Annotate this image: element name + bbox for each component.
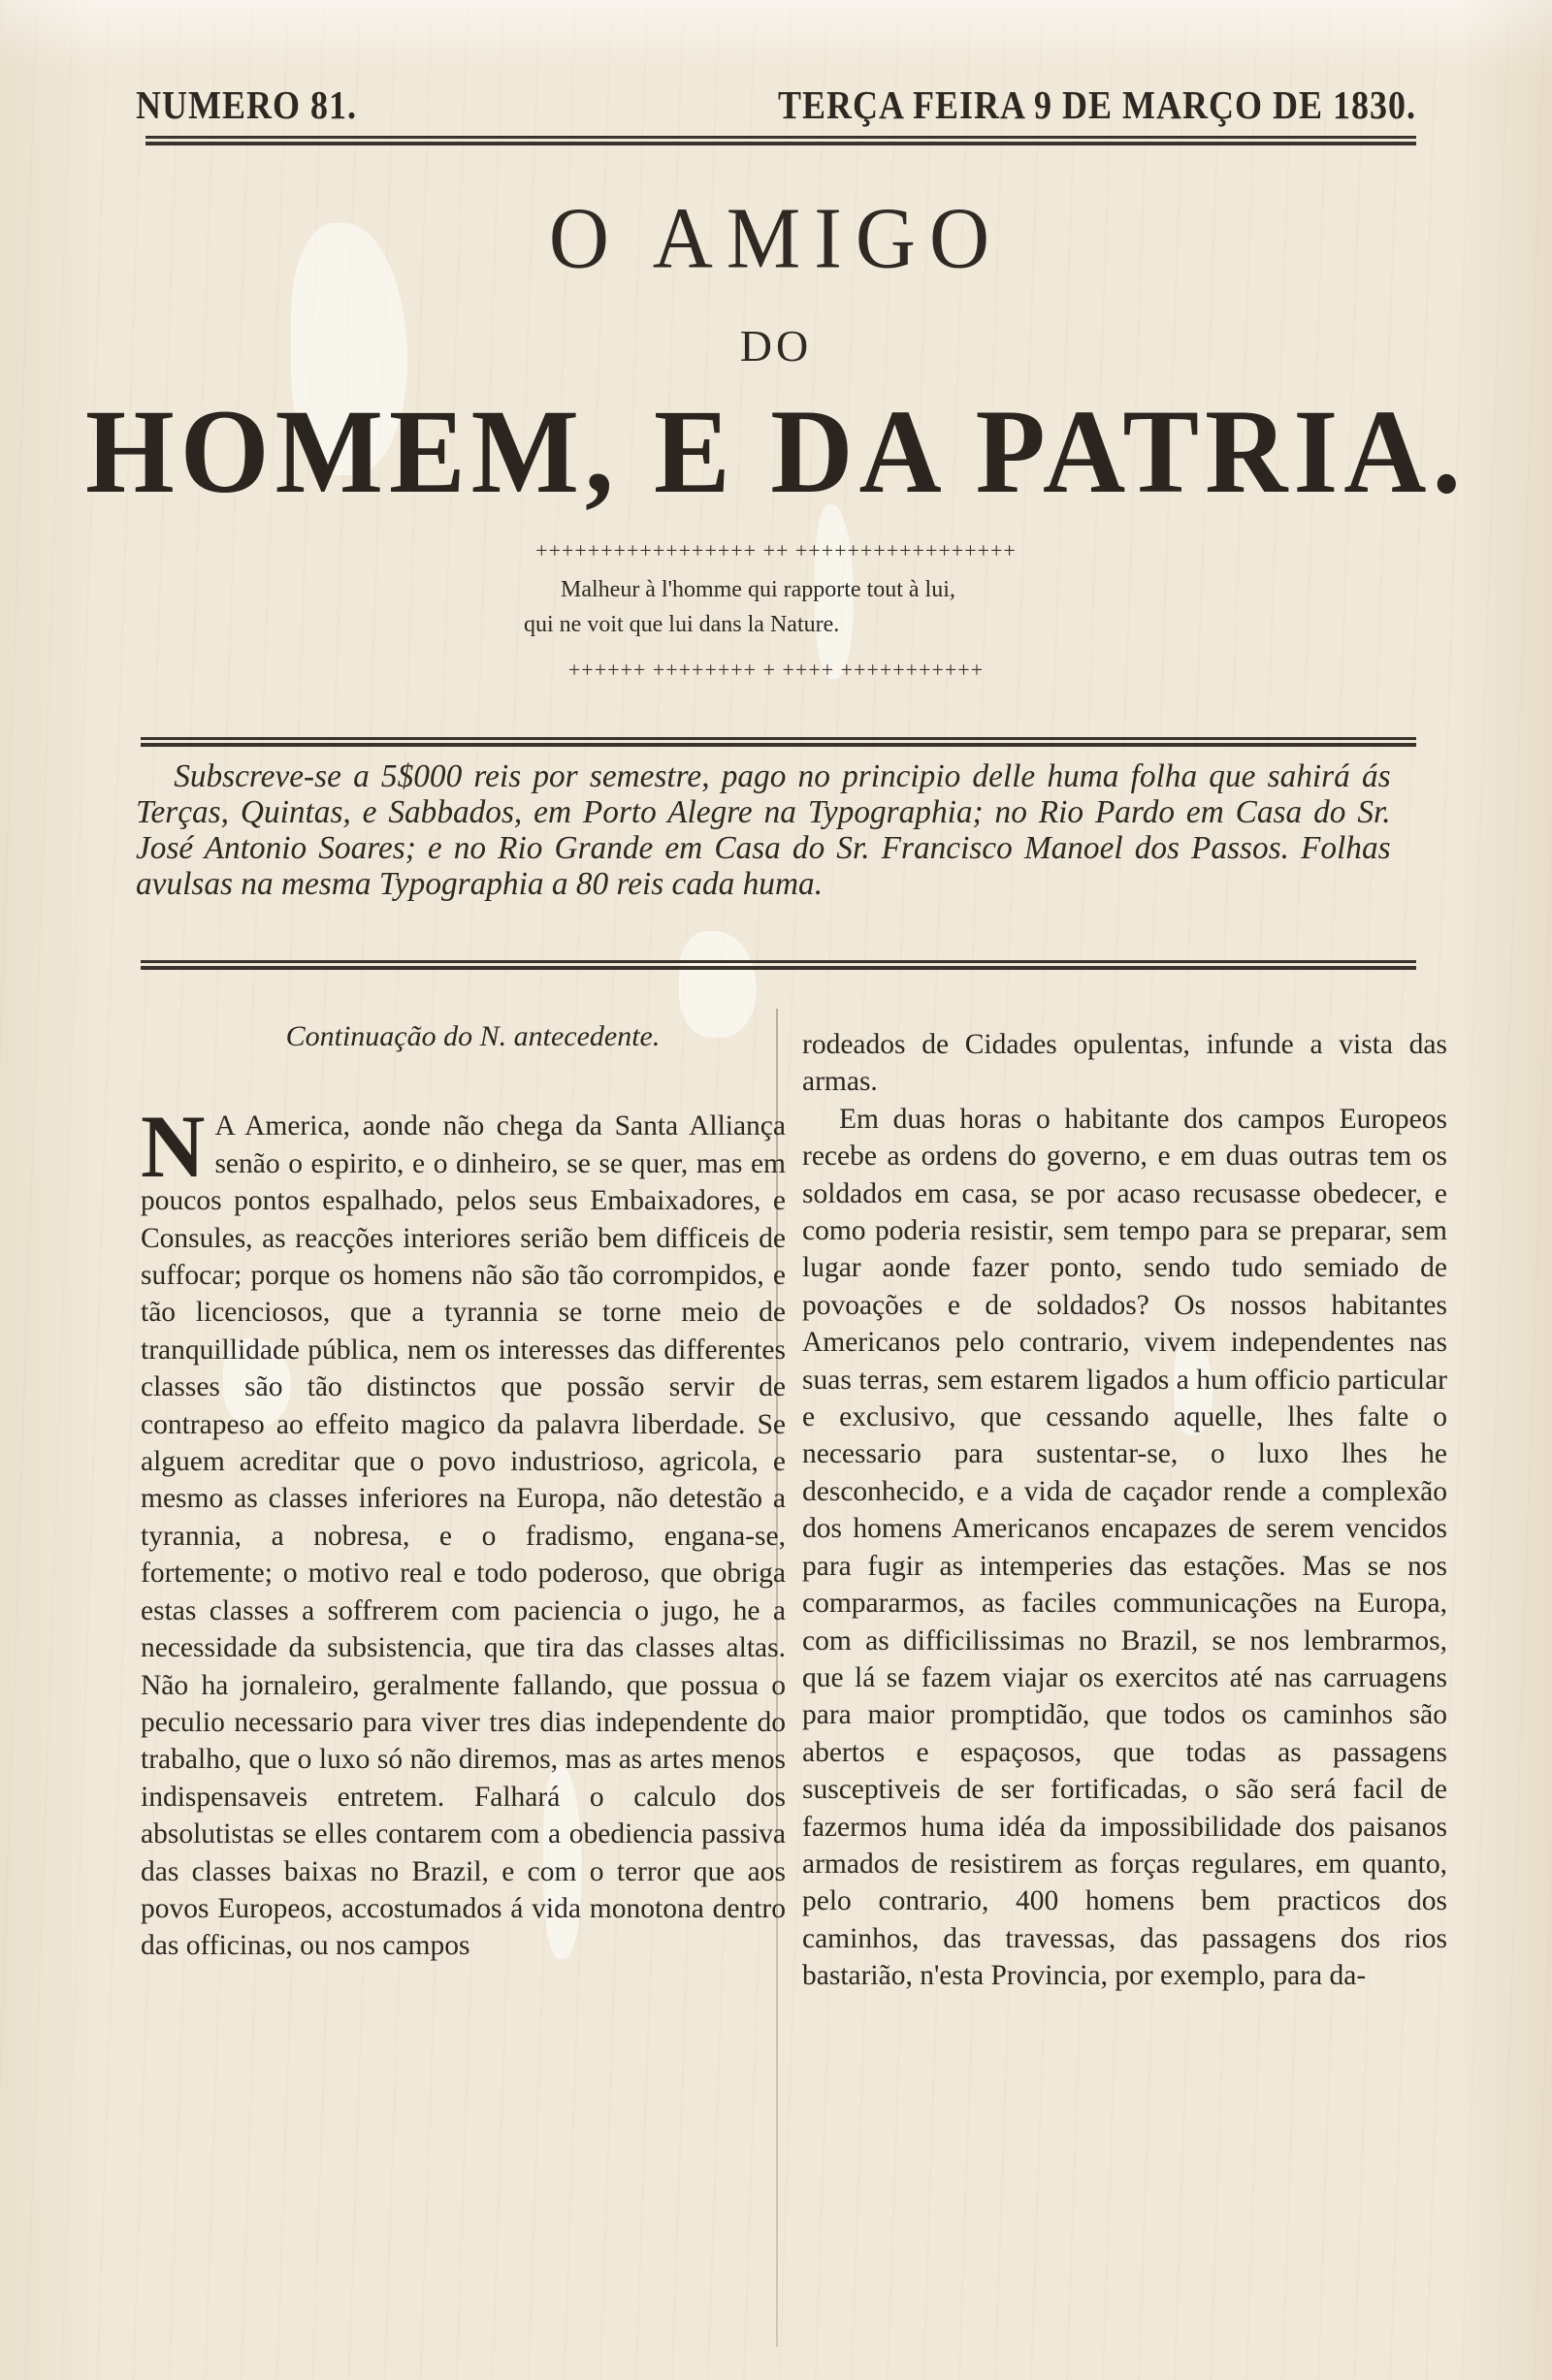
article-left-column: Continuação do N. antecedente. N A Ameri… xyxy=(141,1018,786,1965)
subscription-notice: Subscreve-se a 5$000 reis por semestre, … xyxy=(136,758,1391,902)
header-rule xyxy=(145,136,1416,145)
issue-date: TERÇA FEIRA 9 DE MARÇO DE 1830. xyxy=(778,81,1416,128)
epigraph: Malheur à l'homme qui rapporte tout à lu… xyxy=(524,572,1048,642)
epigraph-line1: Malheur à l'homme qui rapporte tout à lu… xyxy=(524,572,1048,607)
ornament-top: +++++++++++++++++ ++ +++++++++++++++++ xyxy=(514,538,1038,563)
subscription-bottom-rule xyxy=(141,960,1416,970)
drop-cap: N xyxy=(141,1111,205,1181)
subscription-top-rule xyxy=(141,737,1416,747)
issue-header: NUMERO 81. TERÇA FEIRA 9 DE MARÇO DE 183… xyxy=(136,82,1416,127)
ornament-bottom: ++++++ ++++++++ + ++++ +++++++++++ xyxy=(514,658,1038,683)
article-paragraph: A America, aonde não chega da Santa Alli… xyxy=(141,1108,786,1964)
article-right-column: rodeados de Cidades opulentas, infunde a… xyxy=(802,1026,1447,1995)
epigraph-line2: qui ne voit que lui dans la Nature. xyxy=(524,607,1048,642)
masthead-title-line1: O AMIGO xyxy=(0,187,1552,289)
article-paragraph: Em duas horas o habitante dos campos Eur… xyxy=(802,1101,1447,1995)
masthead-title-line3: HOMEM, E DA PATRIA. xyxy=(0,383,1552,522)
article-heading: Continuação do N. antecedente. xyxy=(141,1018,786,1055)
masthead-title-line2: DO xyxy=(0,320,1552,371)
issue-number: NUMERO 81. xyxy=(136,81,357,128)
article-paragraph-continuation: rodeados de Cidades opulentas, infunde a… xyxy=(802,1026,1447,1101)
first-paragraph-block: N A America, aonde não chega da Santa Al… xyxy=(141,1108,786,1964)
